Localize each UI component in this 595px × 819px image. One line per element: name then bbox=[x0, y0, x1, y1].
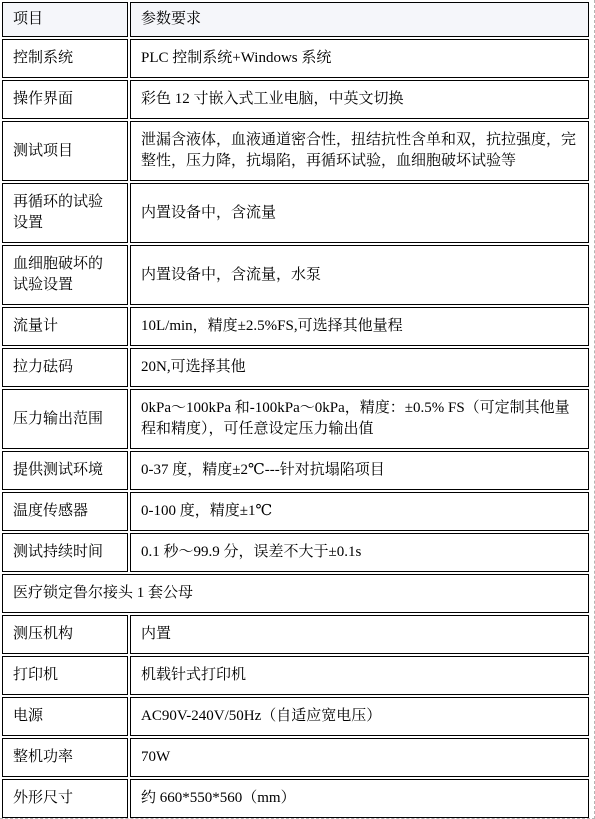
table-row: 测试项目泄漏含液体，血液通道密合性，扭结抗性含单和双，抗拉强度，完整性，压力降，… bbox=[2, 121, 589, 181]
item-label-cell: 再循环的试验设置 bbox=[2, 183, 128, 243]
param-value-cell: 内置设备中，含流量 bbox=[130, 183, 589, 243]
param-value-cell: AC90V-240V/50Hz（自适应宽电压） bbox=[130, 697, 589, 736]
column-header-params: 参数要求 bbox=[130, 2, 589, 37]
param-value-cell: 70W bbox=[130, 738, 589, 777]
param-value-cell: 0-37 度，精度±2℃---针对抗塌陷项目 bbox=[130, 451, 589, 490]
document-page: 项目 参数要求 控制系统PLC 控制系统+Windows 系统操作界面彩色 12… bbox=[0, 0, 595, 819]
param-value-cell: 内置设备中，含流量，水泵 bbox=[130, 245, 589, 305]
item-label-cell: 流量计 bbox=[2, 307, 128, 346]
param-value-cell: 机载针式打印机 bbox=[130, 656, 589, 695]
table-row: 提供测试环境0-37 度，精度±2℃---针对抗塌陷项目 bbox=[2, 451, 589, 490]
item-label-cell: 外形尺寸 bbox=[2, 779, 128, 818]
item-label-cell: 测压机构 bbox=[2, 615, 128, 654]
header-row: 项目 参数要求 bbox=[2, 2, 589, 37]
param-value-cell: 20N,可选择其他 bbox=[130, 348, 589, 387]
table-row: 流量计10L/min，精度±2.5%FS,可选择其他量程 bbox=[2, 307, 589, 346]
item-label-cell: 整机功率 bbox=[2, 738, 128, 777]
table-row: 测试持续时间0.1 秒～99.9 分，误差不大于±0.1s bbox=[2, 533, 589, 572]
item-label-cell: 提供测试环境 bbox=[2, 451, 128, 490]
table-row: 血细胞破坏的试验设置内置设备中，含流量，水泵 bbox=[2, 245, 589, 305]
item-label-cell: 拉力砝码 bbox=[2, 348, 128, 387]
param-value-cell: 泄漏含液体，血液通道密合性，扭结抗性含单和双，抗拉强度，完整性，压力降，抗塌陷，… bbox=[130, 121, 589, 181]
param-value-cell: 0-100 度，精度±1℃ bbox=[130, 492, 589, 531]
table-row: 再循环的试验设置内置设备中，含流量 bbox=[2, 183, 589, 243]
spec-table-body: 控制系统PLC 控制系统+Windows 系统操作界面彩色 12 寸嵌入式工业电… bbox=[2, 39, 589, 818]
table-row: 电源AC90V-240V/50Hz（自适应宽电压） bbox=[2, 697, 589, 736]
item-label-cell: 控制系统 bbox=[2, 39, 128, 78]
table-row: 压力输出范围0kPa～100kPa 和-100kPa～0kPa，精度：±0.5%… bbox=[2, 389, 589, 449]
column-header-item: 项目 bbox=[2, 2, 128, 37]
table-row: 打印机机载针式打印机 bbox=[2, 656, 589, 695]
param-value-cell: 0kPa～100kPa 和-100kPa～0kPa，精度：±0.5% FS（可定… bbox=[130, 389, 589, 449]
table-row: 温度传感器0-100 度，精度±1℃ bbox=[2, 492, 589, 531]
table-row: 拉力砝码20N,可选择其他 bbox=[2, 348, 589, 387]
param-value-cell: 内置 bbox=[130, 615, 589, 654]
item-label-cell: 打印机 bbox=[2, 656, 128, 695]
table-row: 控制系统PLC 控制系统+Windows 系统 bbox=[2, 39, 589, 78]
spec-table: 项目 参数要求 控制系统PLC 控制系统+Windows 系统操作界面彩色 12… bbox=[0, 0, 591, 819]
param-value-cell: 约 660*550*560（mm） bbox=[130, 779, 589, 818]
param-value-cell: 0.1 秒～99.9 分，误差不大于±0.1s bbox=[130, 533, 589, 572]
param-value-cell: 10L/min，精度±2.5%FS,可选择其他量程 bbox=[130, 307, 589, 346]
item-label-cell: 压力输出范围 bbox=[2, 389, 128, 449]
table-row: 操作界面彩色 12 寸嵌入式工业电脑，中英文切换 bbox=[2, 80, 589, 119]
item-label-cell: 血细胞破坏的试验设置 bbox=[2, 245, 128, 305]
param-value-cell: 彩色 12 寸嵌入式工业电脑，中英文切换 bbox=[130, 80, 589, 119]
param-value-cell: PLC 控制系统+Windows 系统 bbox=[130, 39, 589, 78]
table-row: 整机功率70W bbox=[2, 738, 589, 777]
item-label-cell: 操作界面 bbox=[2, 80, 128, 119]
item-label-cell: 测试持续时间 bbox=[2, 533, 128, 572]
table-row: 外形尺寸约 660*550*560（mm） bbox=[2, 779, 589, 818]
table-row: 测压机构内置 bbox=[2, 615, 589, 654]
item-label-cell: 温度传感器 bbox=[2, 492, 128, 531]
full-span-cell: 医疗锁定鲁尔接头 1 套公母 bbox=[2, 574, 589, 613]
item-label-cell: 电源 bbox=[2, 697, 128, 736]
item-label-cell: 测试项目 bbox=[2, 121, 128, 181]
table-row: 医疗锁定鲁尔接头 1 套公母 bbox=[2, 574, 589, 613]
